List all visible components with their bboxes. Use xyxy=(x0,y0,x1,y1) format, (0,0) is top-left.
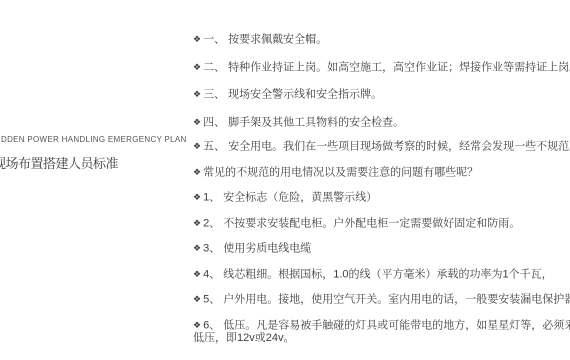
list-item-text: 3、 使用劣质电线电缆 xyxy=(203,243,311,255)
list-item-text: 1、 安全标志（危险，黄黑警示线） xyxy=(203,192,377,204)
slide-subtitle-en: DDEN POWER HANDLING EMERGENCY PLAN xyxy=(1,135,187,144)
list-item: ❖2、 不按要求安装配电柜。户外配电柜一定需要做好固定和防雨。 xyxy=(193,217,570,231)
list-item: ❖6、 低压。凡是容易被手触碰的灯具或可能带电的地方，如星星灯等，必须采用低压，… xyxy=(193,319,570,346)
slide-title: 现场布置搭建人员标准 xyxy=(0,153,118,172)
list-item: ❖五、 安全用电。我们在一些项目现场做考察的时候，经常会发现一些不规范用 xyxy=(193,140,570,154)
list-item: ❖一、 按要求佩戴安全帽。 xyxy=(193,33,570,47)
list-item: ❖四、 脚手架及其他工具物料的安全检查。 xyxy=(193,116,570,130)
diamond-bullet-icon: ❖ xyxy=(193,269,201,279)
diamond-bullet-icon: ❖ xyxy=(193,62,201,72)
bullet-list: ❖一、 按要求佩戴安全帽。 ❖二、 特种作业持证上岗。如高空施工，高空作业证；焊… xyxy=(193,33,570,345)
diamond-bullet-icon: ❖ xyxy=(193,167,201,177)
list-item-text: 4、 线芯粗细。根据国标，1.0的线（平方毫米）承载的功率为1个千瓦， xyxy=(203,268,553,280)
list-item: ❖三、 现场安全警示线和安全指示牌。 xyxy=(193,88,570,102)
list-item: ❖常见的不规范的用电情况以及需要注意的问题有哪些呢？ xyxy=(193,166,570,180)
diamond-bullet-icon: ❖ xyxy=(193,141,201,151)
list-item-text: 三、 现场安全警示线和安全指示牌。 xyxy=(203,89,382,101)
list-item: ❖1、 安全标志（危险，黄黑警示线） xyxy=(193,191,570,205)
list-item-text: 四、 脚手架及其他工具物料的安全检查。 xyxy=(203,116,404,128)
diamond-bullet-icon: ❖ xyxy=(193,34,201,44)
diamond-bullet-icon: ❖ xyxy=(193,218,201,228)
list-item-text: 二、 特种作业持证上岗。如高空施工，高空作业证；焊接作业等需持证上岗。 xyxy=(203,61,570,73)
list-item-text: 常见的不规范的用电情况以及需要注意的问题有哪些呢？ xyxy=(203,166,478,178)
diamond-bullet-icon: ❖ xyxy=(193,243,201,253)
list-item-text: 一、 按要求佩戴安全帽。 xyxy=(203,34,327,46)
list-item-text-wrap: 低压，即12v或24v。 xyxy=(193,332,570,345)
list-item: ❖3、 使用劣质电线电缆 xyxy=(193,242,570,256)
diamond-bullet-icon: ❖ xyxy=(193,117,201,127)
list-item-text: 五、 安全用电。我们在一些项目现场做考察的时候，经常会发现一些不规范用 xyxy=(203,141,570,153)
list-item: ❖5、 户外用电。接地，使用空气开关。室内用电的话，一般要安装漏电保护器。 xyxy=(193,293,570,307)
list-item-text: 6、 低压。凡是容易被手触碰的灯具或可能带电的地方，如星星灯等，必须采用 xyxy=(203,319,570,331)
diamond-bullet-icon: ❖ xyxy=(193,192,201,202)
list-item-text: 2、 不按要求安装配电柜。户外配电柜一定需要做好固定和防雨。 xyxy=(203,217,520,229)
list-item: ❖二、 特种作业持证上岗。如高空施工，高空作业证；焊接作业等需持证上岗。 xyxy=(193,61,570,75)
list-item: ❖4、 线芯粗细。根据国标，1.0的线（平方毫米）承载的功率为1个千瓦， xyxy=(193,268,570,282)
diamond-bullet-icon: ❖ xyxy=(193,89,201,99)
diamond-bullet-icon: ❖ xyxy=(193,294,201,304)
list-item-text: 5、 户外用电。接地，使用空气开关。室内用电的话，一般要安装漏电保护器。 xyxy=(203,294,570,306)
diamond-bullet-icon: ❖ xyxy=(193,320,201,330)
